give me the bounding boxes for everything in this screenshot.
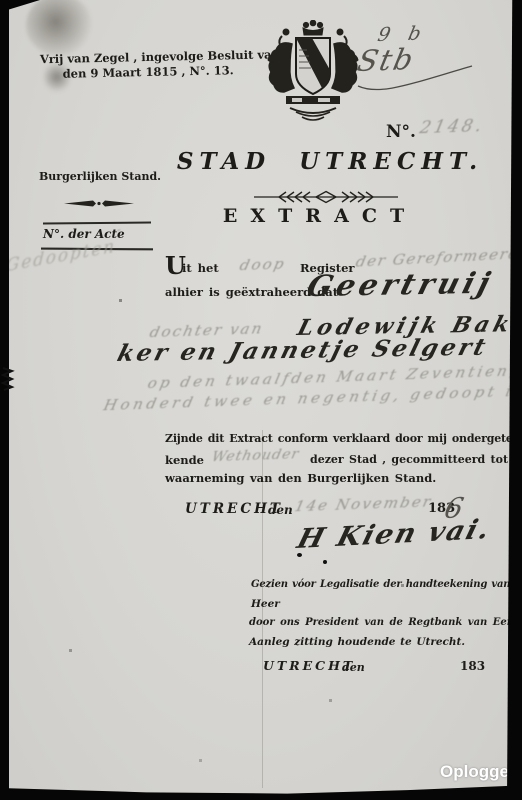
ink-dot [297,553,302,557]
legal-line3: door ons President van de Regtbank van E… [249,617,522,628]
certify-line3: waarneming van den Burgerlijken Stand. [165,471,436,485]
legal-line2: Heer [251,598,280,610]
paraph-flourish-icon [352,52,478,96]
number-value-handwritten: 2148. [418,116,486,138]
legal-den: den [342,661,365,674]
page-title: STAD UTRECHT. [150,148,510,175]
scan-edge-left [0,0,9,800]
number-label: N°. [386,122,416,142]
body-uit-het: it het [182,261,219,275]
stamp-exemption-note: Vrij van Zegel , ingevolge Besluit van d… [40,48,257,83]
department-label: Burgerlijken Stand. [38,170,162,183]
scanned-document: Vrij van Zegel , ingevolge Besluit van d… [0,0,522,800]
certify-kende: kende [165,453,204,467]
person-name-handwritten: Geertruij [303,266,497,303]
edge-ink-squiggle [1,366,15,392]
watermark-label: Oplogger [440,762,516,782]
certify-line1: Zijnde dit Extract conform verklaard doo… [165,432,522,445]
legal-line4: Aanleg zitting houdende te Utrecht. [249,636,465,648]
ink-dot [323,560,327,564]
small-ornament-icon [64,199,134,208]
register-type-handwritten: doop [238,254,287,274]
legal-year: 183 [460,659,485,673]
ornamental-divider-icon [252,190,400,204]
legal-line1: Gezien vóor Legalisatie der handteekenin… [251,579,522,590]
certify-line2b: dezer Stad , gecommitteerd tot de [310,453,522,466]
official-title-handwritten: Wethouder [210,446,301,465]
section-heading: EXTRACT [180,205,460,227]
dateline-den: den [268,503,293,517]
utrecht-coat-of-arms-icon [262,20,364,126]
